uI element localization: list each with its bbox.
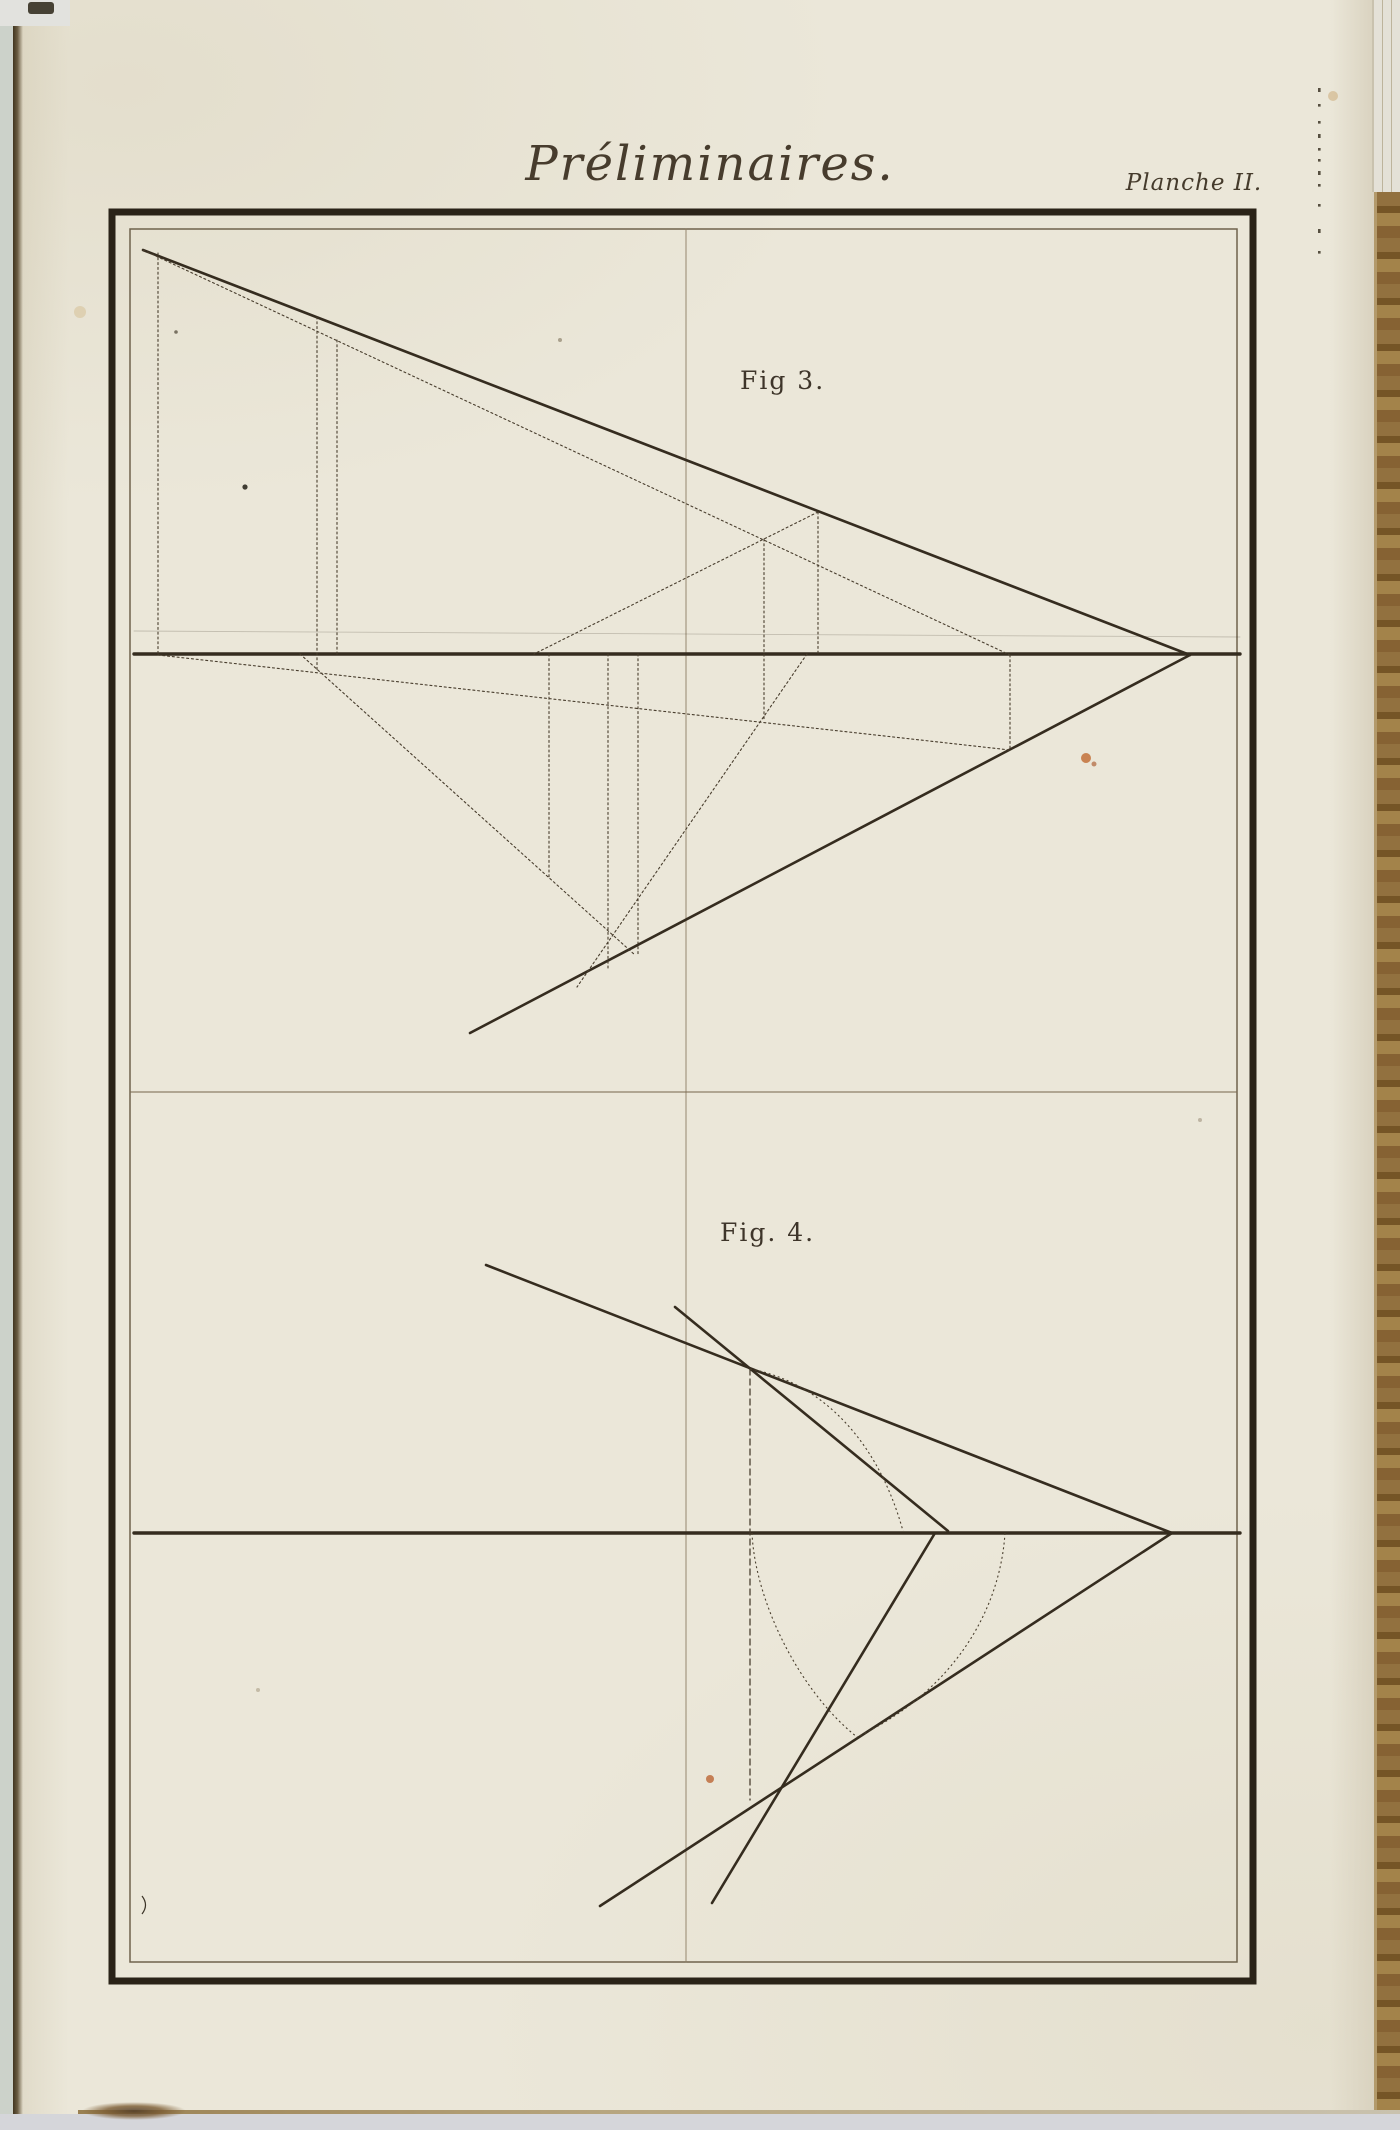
marks-group <box>74 88 1338 1914</box>
steep-reflected <box>712 1533 935 1903</box>
long-diagonal <box>143 250 1010 655</box>
foxing-speck <box>706 1775 714 1783</box>
steep-below <box>300 654 635 955</box>
shallow-below <box>158 655 1010 750</box>
stitch-dot <box>1318 251 1321 254</box>
stitch-dot <box>1318 104 1321 107</box>
stitch-dot <box>1318 204 1321 207</box>
arc-upper <box>750 1369 903 1531</box>
plate-number-label: Planche II. <box>1124 170 1264 196</box>
foxing-speck <box>1092 762 1097 767</box>
foxing-speck <box>174 330 178 334</box>
frame-group <box>112 212 1253 1981</box>
stitch-dot <box>1318 184 1321 187</box>
fig4-group <box>134 1265 1240 1906</box>
arc-below-left <box>752 1533 857 1737</box>
stitch-dot <box>1318 229 1321 233</box>
fig3-label: Fig 3. <box>740 366 825 395</box>
foxing-speck <box>1081 753 1091 763</box>
foxing-speck <box>256 1688 260 1692</box>
plate-svg <box>0 0 1400 2130</box>
steep-line <box>675 1307 948 1531</box>
stitch-dot <box>1318 148 1321 151</box>
inner-border <box>130 229 1237 1962</box>
foxing-speck <box>242 484 247 489</box>
fig3-group <box>134 250 1240 1033</box>
scanned-plate-page: Préliminaires. Planche II. Fig 3. Fig. 4… <box>0 0 1400 2130</box>
fig4-label: Fig. 4. <box>720 1218 815 1247</box>
back-diagonal <box>577 654 807 987</box>
plate-scratch <box>134 631 1240 637</box>
stitch-dot <box>1318 134 1321 138</box>
cross-diagonal <box>534 512 818 654</box>
upper-diagonal <box>143 250 1190 655</box>
pen-mark <box>142 1896 146 1914</box>
stitch-dot <box>1318 88 1321 92</box>
foxing-speck <box>74 306 86 318</box>
stitch-dot <box>1318 171 1321 175</box>
stitch-dot <box>1318 159 1321 162</box>
stitch-dot <box>1318 121 1321 124</box>
arc-below-right <box>857 1533 1005 1737</box>
upper-arm <box>486 1265 1172 1533</box>
foxing-speck <box>1328 91 1338 101</box>
outer-border <box>112 212 1253 1981</box>
plate-title: Préliminaires. <box>510 136 910 192</box>
lower-diagonal <box>470 655 1190 1033</box>
foxing-speck <box>558 338 562 342</box>
foxing-speck <box>1198 1118 1202 1122</box>
